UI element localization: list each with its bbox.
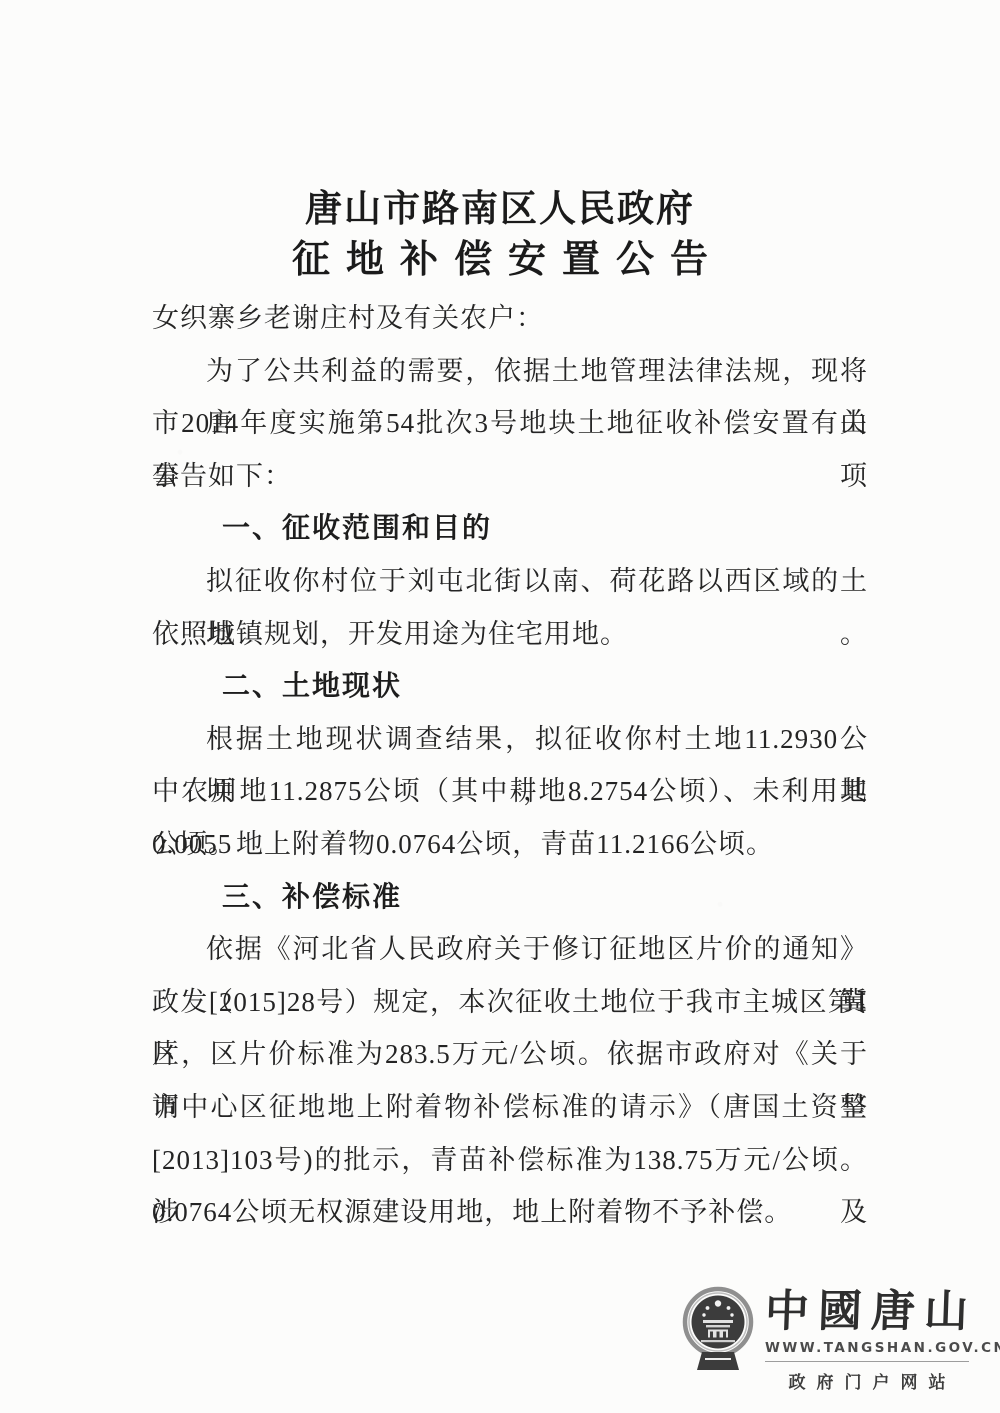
tangshan-portal-logo: 中國唐山 WWW.TANGSHAN.GOV.CN 政府门户网站 bbox=[681, 1286, 969, 1393]
logo-website-url: WWW.TANGSHAN.GOV.CN bbox=[765, 1340, 969, 1356]
logo-brand-calligraphy: 中國唐山 bbox=[764, 1286, 970, 1338]
logo-text-block: 中國唐山 WWW.TANGSHAN.GOV.CN 政府门户网站 bbox=[765, 1286, 969, 1393]
section-heading: 三、补偿标准 bbox=[152, 871, 868, 924]
document-line: 公顷。地上附着物0.0764公顷，青苗11.2166公顷。 bbox=[152, 818, 868, 871]
scanned-document-page: 唐山市路南区人民政府 征地补偿安置公告 女织寨乡老谢庄村及有关农户：为了公共利益… bbox=[0, 0, 1000, 1413]
section-heading: 一、征收范围和目的 bbox=[152, 502, 868, 555]
document-line: 片，区片价标准为283.5万元/公顷。依据市政府对《关于调整 bbox=[152, 1028, 868, 1081]
title-announcement-name: 征地补偿安置公告 bbox=[0, 234, 1000, 286]
logo-portal-subtitle: 政府门户网站 bbox=[765, 1368, 969, 1393]
document-line: [2013]103号)的批示，青苗补偿标准为138.75万元/公顷。涉及 bbox=[152, 1134, 868, 1187]
document-line: 市2014年度实施第54批次3号地块土地征收补偿安置有关事项 bbox=[152, 397, 868, 450]
document-line: 依据《河北省人民政府关于修订征地区片价的通知》（冀 bbox=[152, 923, 868, 976]
document-title: 唐山市路南区人民政府 征地补偿安置公告 bbox=[0, 0, 1000, 286]
document-line: 市中心区征地地上附着物补偿标准的请示》（唐国土资呈 bbox=[152, 1081, 868, 1134]
document-line: 女织寨乡老谢庄村及有关农户： bbox=[152, 292, 868, 345]
document-body: 女织寨乡老谢庄村及有关农户：为了公共利益的需要，依据土地管理法律法规，现将唐山市… bbox=[152, 292, 868, 1239]
document-line: 为了公共利益的需要，依据土地管理法律法规，现将唐山 bbox=[152, 345, 868, 398]
document-line: 根据土地现状调查结果，拟征收你村土地11.2930公顷，其 bbox=[152, 713, 868, 766]
national-emblem-icon bbox=[681, 1286, 755, 1374]
document-line: 0.0764公顷无权源建设用地，地上附着物不予补偿。 bbox=[152, 1186, 868, 1239]
document-line: 拟征收你村位于刘屯北街以南、荷花路以西区域的土地。 bbox=[152, 555, 868, 608]
document-line: 中农用地11.2875公顷（其中耕地8.2754公顷）、未利用地0.0055 bbox=[152, 765, 868, 818]
document-line: 政发[2015]28号）规定，本次征收土地位于我市主城区第Ⅰ区 bbox=[152, 976, 868, 1029]
title-government-name: 唐山市路南区人民政府 bbox=[0, 184, 1000, 234]
section-heading: 二、土地现状 bbox=[152, 660, 868, 713]
logo-divider bbox=[765, 1361, 969, 1362]
